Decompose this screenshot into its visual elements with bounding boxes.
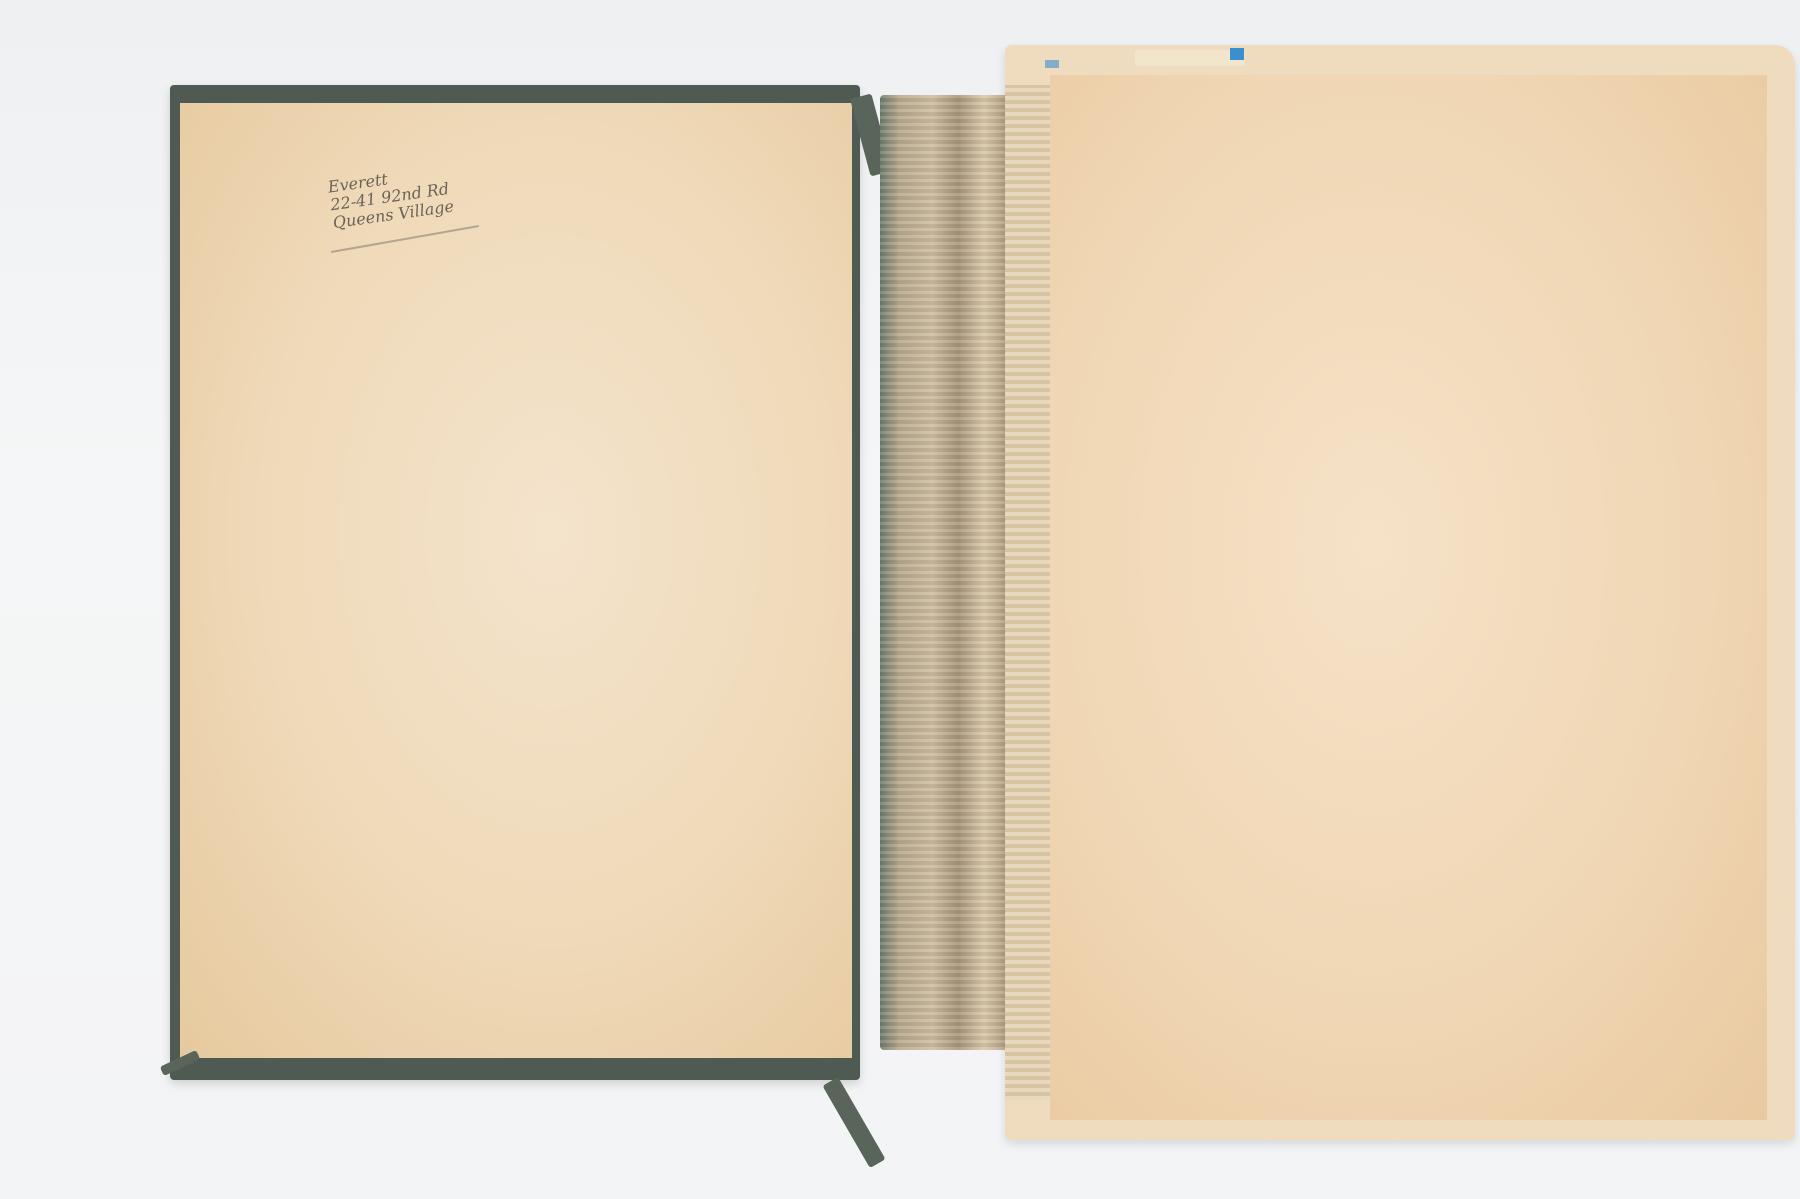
text-block [1005,45,1795,1140]
torn-cloth-hinge-bottom [822,1077,885,1168]
spine-texture [880,95,1010,1050]
exposed-spine [880,95,1010,1050]
blue-tab-marker [1230,48,1244,60]
book-photograph: Everett 22-41 92nd Rd Queens Village [0,0,1800,1199]
cover-endpaper [180,103,852,1058]
paper-tab [1135,50,1245,66]
detached-front-cover [170,85,860,1080]
first-page [1050,75,1767,1120]
blue-tab-marker [1045,60,1059,68]
